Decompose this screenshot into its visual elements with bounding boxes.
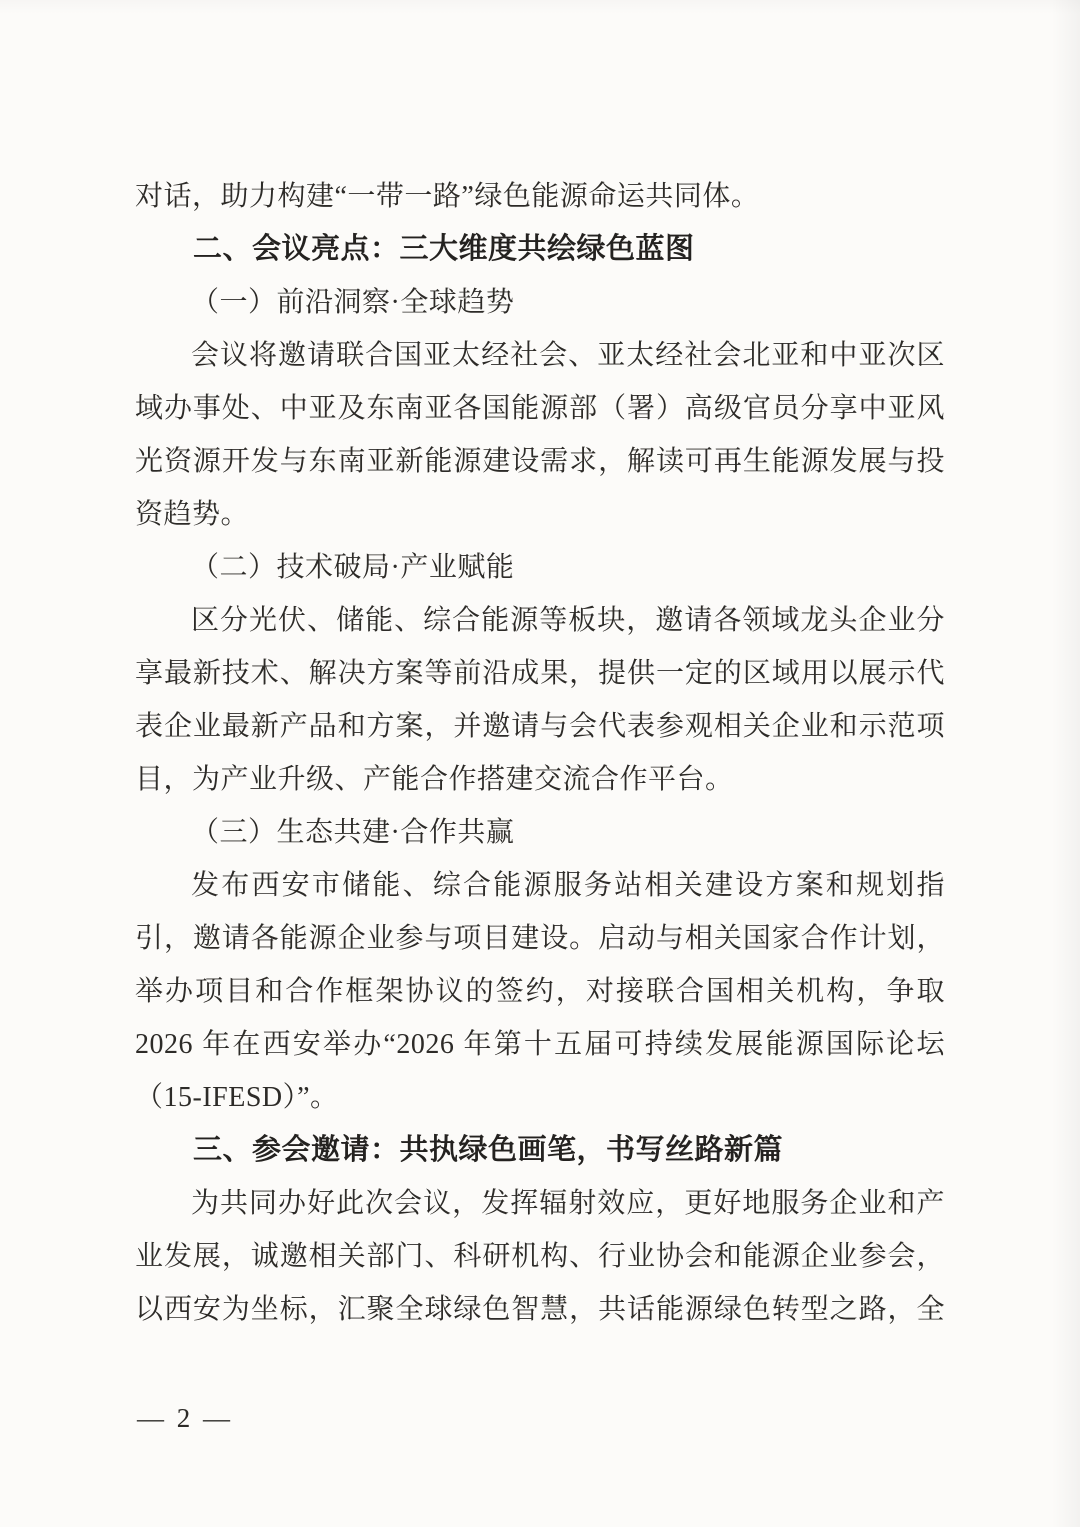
paragraph-line: 举办项目和合作框架协议的签约，对接联合国相关机构，争取 bbox=[135, 965, 945, 1018]
paragraph-line: 区分光伏、储能、综合能源等板块，邀请各领域龙头企业分 bbox=[135, 594, 945, 647]
section-heading-3: 三、参会邀请：共执绿色画笔，书写丝路新篇 bbox=[135, 1124, 945, 1177]
paragraph-line: 2026 年在西安举办“2026 年第十五届可持续发展能源国际论坛 bbox=[135, 1018, 945, 1071]
paragraph-line: 为共同办好此次会议，发挥辐射效应，更好地服务企业和产 bbox=[135, 1177, 945, 1230]
paragraph-line: 享最新技术、解决方案等前沿成果，提供一定的区域用以展示代 bbox=[135, 647, 945, 700]
paragraph-line: 会议将邀请联合国亚太经社会、亚太经社会北亚和中亚次区 bbox=[135, 329, 945, 382]
paragraph-line: 对话，助力构建“一带一路”绿色能源命运共同体。 bbox=[135, 170, 945, 223]
paragraph-line: 发布西安市储能、综合能源服务站相关建设方案和规划指 bbox=[135, 859, 945, 912]
subsection-heading-1: （一）前沿洞察·全球趋势 bbox=[135, 276, 945, 329]
paragraph-line: 域办事处、中亚及东南亚各国能源部（署）高级官员分享中亚风 bbox=[135, 382, 945, 435]
scanned-document-page: { "doc": { "lines": [ {"text": "对话，助力构建“… bbox=[0, 0, 1080, 1527]
paragraph-line: 目，为产业升级、产能合作搭建交流合作平台。 bbox=[135, 753, 945, 806]
paragraph-line: 表企业最新产品和方案，并邀请与会代表参观相关企业和示范项 bbox=[135, 700, 945, 753]
section-heading-2: 二、会议亮点：三大维度共绘绿色蓝图 bbox=[135, 223, 945, 276]
paragraph-line: 光资源开发与东南亚新能源建设需求，解读可再生能源发展与投 bbox=[135, 435, 945, 488]
paragraph-line: 引，邀请各能源企业参与项目建设。启动与相关国家合作计划， bbox=[135, 912, 945, 965]
paragraph-line: （15-IFESD）”。 bbox=[135, 1071, 945, 1124]
paragraph-line: 以西安为坐标，汇聚全球绿色智慧，共话能源绿色转型之路，全 bbox=[135, 1283, 945, 1336]
paragraph-line: 资趋势。 bbox=[135, 488, 945, 541]
subsection-heading-2: （二）技术破局·产业赋能 bbox=[135, 541, 945, 594]
subsection-heading-3: （三）生态共建·合作共赢 bbox=[135, 806, 945, 859]
document-text-block: 对话，助力构建“一带一路”绿色能源命运共同体。 二、会议亮点：三大维度共绘绿色蓝… bbox=[135, 170, 945, 1336]
paragraph-line: 业发展，诚邀相关部门、科研机构、行业协会和能源企业参会， bbox=[135, 1230, 945, 1283]
page-number: — 2 — bbox=[137, 1398, 233, 1438]
